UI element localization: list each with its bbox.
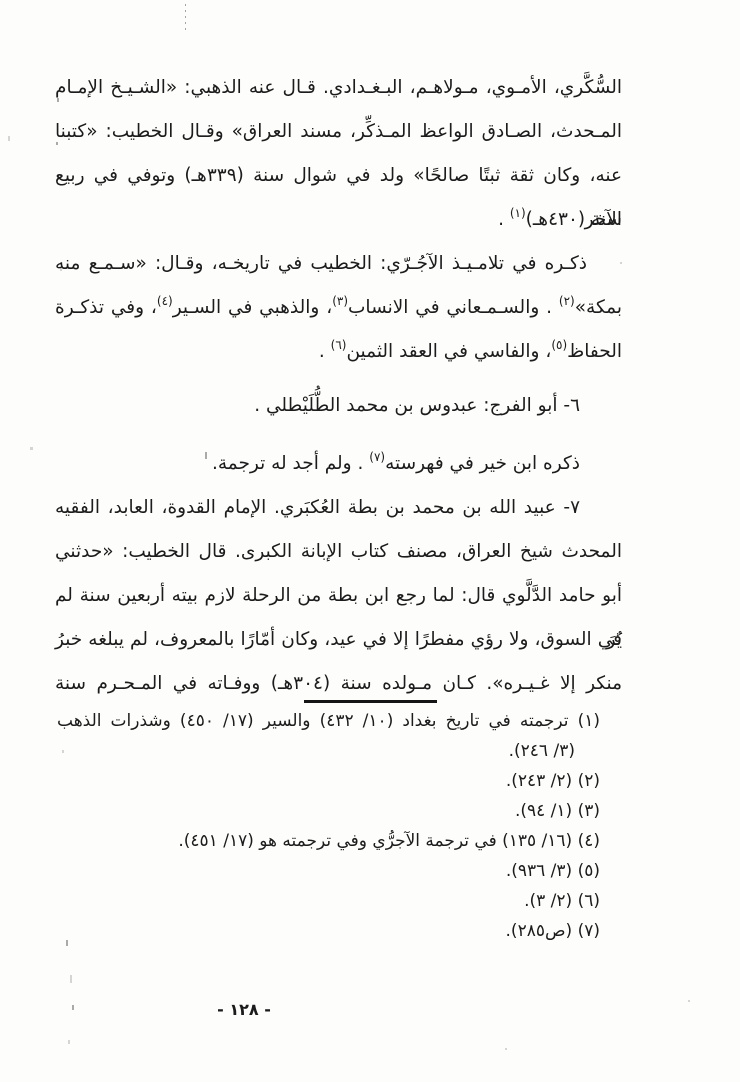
scan-speck (60, 268, 62, 271)
entry-heading: ٦- أبو الفرج: عبدوس بن محمد الطُّلَيْطلي… (55, 384, 622, 428)
scan-speck (205, 452, 207, 459)
footnote-line: (٥) (٣/ ٩٣٦). (57, 856, 600, 886)
scan-speck (505, 1048, 507, 1050)
footnote-line: (٣/ ٢٤٦). (57, 736, 600, 766)
footnote-line: (١) ترجمته في تاريخ بغداد (١٠/ ٤٣٢) والس… (57, 706, 600, 736)
body-line: ذكره ابن خير في فهرسته(٧) . ولم أجد له ت… (55, 442, 622, 486)
scan-speck (620, 262, 622, 264)
body-line: المـحدث، الصـادق الواعظ المـذكِّر، مسند … (55, 110, 622, 154)
body-line: أبو حامد الدَّلَّوي قال: لما رجع ابن بطة… (55, 574, 622, 618)
footnote-line: (٣) (١/ ٩٤). (57, 796, 600, 826)
scan-speck (30, 447, 33, 450)
scan-speck (8, 136, 10, 141)
scan-speck (56, 142, 58, 145)
body-line: بمكة»(٢) . والسـمـعاني في الانساب(٣)، وا… (55, 286, 622, 330)
body-line: عنه، وكان ثقة ثبتًا صالحًا» ولد في شوال … (55, 154, 622, 198)
body-line: في السوق، ولا رؤي مفطرًا إلا في عيد، وكا… (55, 618, 622, 662)
scan-speck (66, 940, 68, 946)
body-line: الحفاظ(٥)، والفاسي في العقد الثمين(٦) . (55, 330, 622, 374)
footnote-line: (٧) (ص٢٨٥). (57, 916, 600, 946)
body-line: سنة (٤٣٠هـ)(١) . (55, 198, 622, 242)
page-number: - ١٢٨ - (198, 1000, 290, 1019)
scan-speck (185, 4, 186, 34)
footnotes-block: (١) ترجمته في تاريخ بغداد (١٠/ ٤٣٢) والس… (57, 706, 600, 946)
scan-speck (68, 1040, 70, 1044)
body-line: السُّكَّري، الأمـوي، مـولاهـم، البـغـداد… (55, 66, 622, 110)
body-line: المحدث شيخ العراق، مصنف كتاب الإبانة الك… (55, 530, 622, 574)
scan-speck (70, 975, 72, 983)
scan-speck (72, 1005, 74, 1010)
body-text-block: السُّكَّري، الأمـوي، مـولاهـم، البـغـداد… (55, 66, 622, 706)
scan-speck (62, 750, 64, 753)
body-line: ذكـره في تلامـيـذ الآجُـرّي: الخطيب في ت… (55, 242, 622, 286)
scanned-page: السُّكَّري، الأمـوي، مـولاهـم، البـغـداد… (0, 0, 740, 1082)
scan-speck (688, 1000, 690, 1002)
scan-speck (57, 98, 59, 102)
entry-heading: ٧- عبيد الله بن محمد بن بطة العُكبَري. ا… (55, 486, 622, 530)
footnote-line: (٤) (١٦/ ١٣٥) في ترجمة الآجرُّي وفي ترجم… (57, 826, 600, 856)
footnote-line: (٦) (٢/ ٣). (57, 886, 600, 916)
footnote-divider (304, 700, 437, 703)
footnote-line: (٢) (٢/ ٢٤٣). (57, 766, 600, 796)
